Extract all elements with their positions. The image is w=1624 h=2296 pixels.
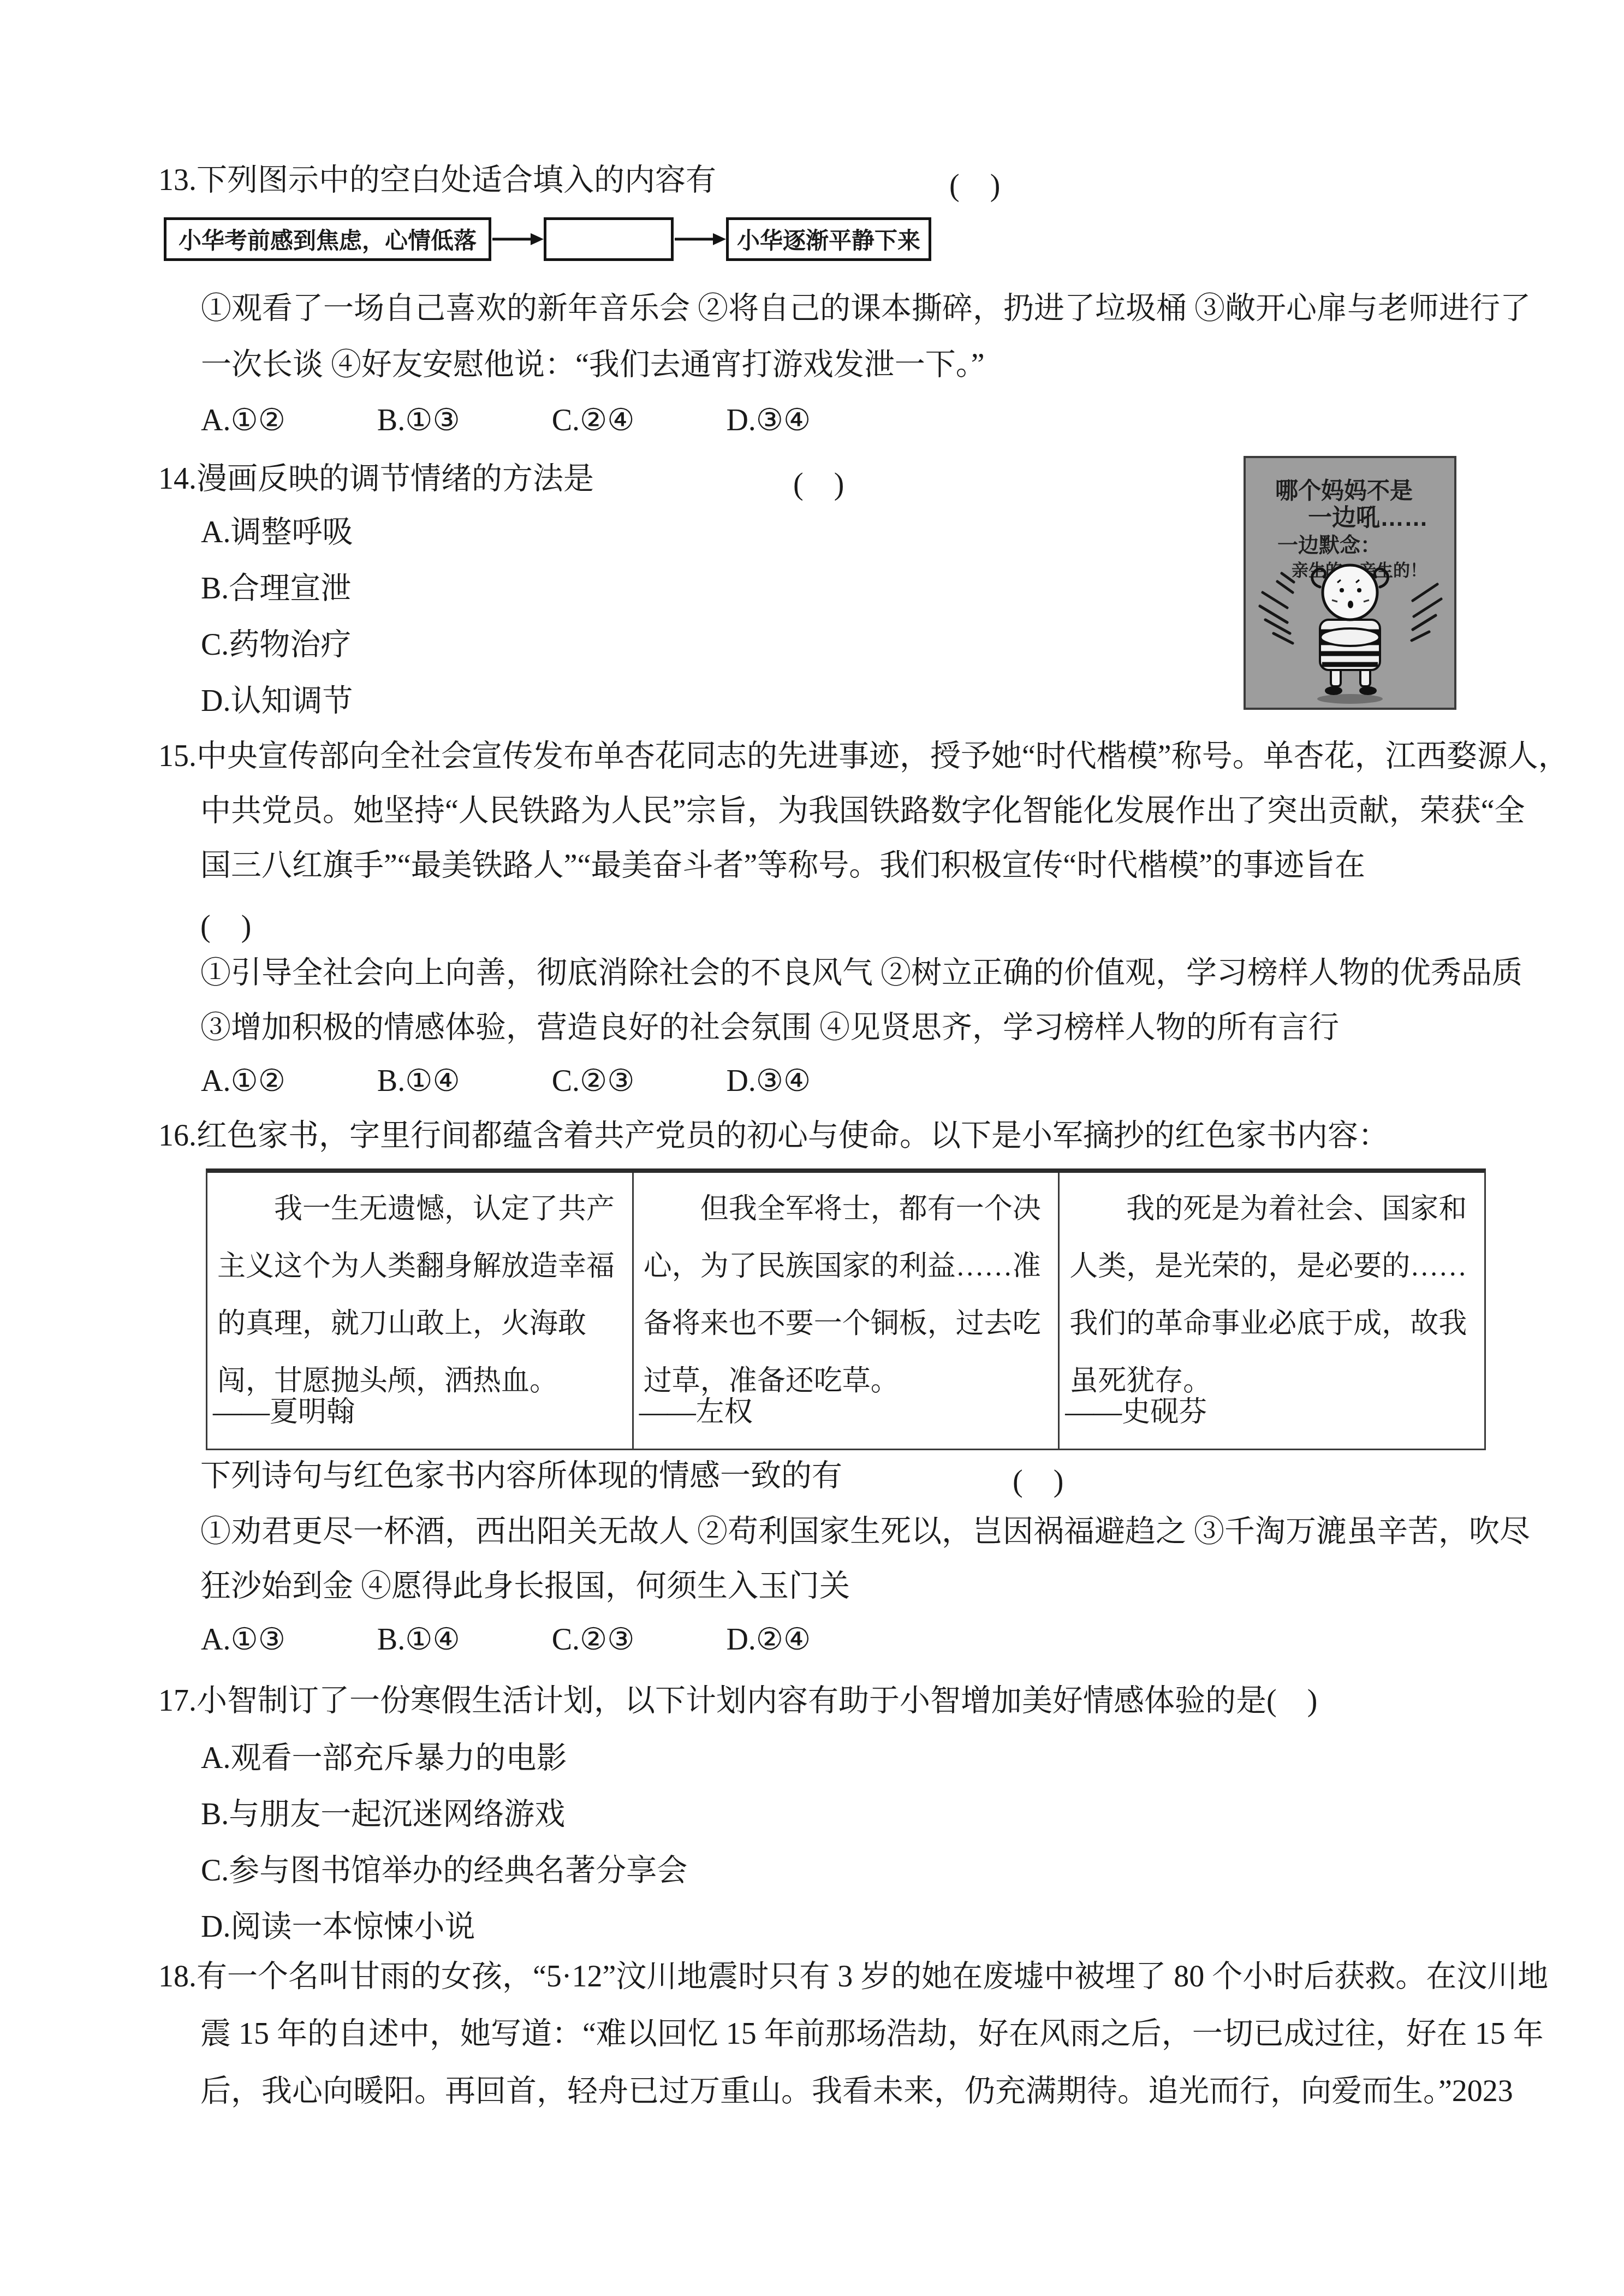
q16-option-b: B.①④ — [377, 1622, 460, 1657]
table-cell-2: 但我全军将士，都有一个决心，为了民族国家的利益……准备将来也不要一个铜板，过去吃… — [632, 1173, 1058, 1449]
comic-caption-line-2: 一边吼…… — [1308, 505, 1428, 531]
question-14-stem: 14.漫画反映的调节情绪的方法是 — [158, 460, 594, 498]
question-18-line-3: 后，我心向暖阳。再回首，轻舟已过万重山。我看未来，仍充满期待。追光而行，向爱而生… — [200, 2072, 1513, 2110]
question-15-line-3: 国三八红旗手”“最美铁路人”“最美奋斗者”等称号。我们积极宣传“时代楷模”的事迹… — [200, 846, 1365, 885]
comic-caption-line-3: 一边默念： — [1277, 534, 1381, 557]
q17-option-b: B.与朋友一起沉迷网络游戏 — [201, 1795, 565, 1834]
flow-box-blank — [544, 217, 674, 261]
q15-option-c: C.②③ — [552, 1063, 635, 1099]
q13-items-line-1: ①观看了一场自己喜欢的新年音乐会 ②将自己的课本撕碎，扔进了垃圾桶 ③敞开心扉与… — [201, 289, 1531, 328]
q15-option-b: B.①④ — [377, 1063, 460, 1099]
question-13-stem: 13.下列图示中的空白处适合填入的内容有 — [158, 161, 716, 199]
q16-options: A.①③ B.①④ C.②③ D.②④ — [201, 1622, 811, 1657]
q16-items-line-1: ①劝君更尽一杯酒，西出阳关无故人 ②苟利国家生死以，岂因祸福避趋之 ③千淘万漉虽… — [200, 1512, 1530, 1551]
question-13-answer-blank: ( ) — [949, 161, 1000, 205]
q13-option-c: C.②④ — [552, 402, 635, 438]
q16-option-d: D.②④ — [726, 1622, 811, 1657]
question-18-line-2: 震 15 年的自述中，她写道：“难以回忆 15 年前那场浩劫，好在风雨之后，一切… — [200, 2015, 1544, 2053]
flow-box-end: 小华逐渐平静下来 — [726, 217, 931, 261]
comic-caption-line-1: 哪个妈妈不是 — [1275, 478, 1413, 503]
q16-option-a: A.①③ — [201, 1622, 285, 1657]
q16-items-line-2: 狂沙始到金 ④愿得此身长报国，何须生入玉门关 — [200, 1567, 850, 1605]
letter-text: 我的死是为着社会、国家和人类，是光荣的，是必要的……我们的革命事业必底于成，故我… — [1069, 1180, 1474, 1410]
flow-box-start: 小华考前感到焦虑，心情低落 — [164, 217, 491, 261]
q15-options: A.①② B.①④ C.②③ D.③④ — [201, 1063, 811, 1099]
question-15-answer-blank: ( ) — [200, 902, 251, 946]
q14-option-c: C.药物治疗 — [201, 626, 351, 664]
q14-option-b: B.合理宣泄 — [201, 569, 351, 608]
letter-text: 但我全军将士，都有一个决心，为了民族国家的利益……准备将来也不要一个铜板，过去吃… — [644, 1180, 1049, 1410]
q13-option-b: B.①③ — [377, 402, 460, 438]
letter-author: ——左权 — [639, 1384, 753, 1441]
question-18-line-1: 18.有一个名叫甘雨的女孩，“5·12”汶川地震时只有 3 岁的她在废墟中被埋了… — [158, 1957, 1548, 1996]
question-14-answer-blank: ( ) — [793, 460, 844, 503]
letter-text: 我一生无遗憾，认定了共产主义这个为人类翻身解放造幸福的真理，就刀山敢上，火海敢闯… — [217, 1180, 622, 1410]
q13-items-line-2: 一次长谈 ④好友安慰他说：“我们去通宵打游戏发泄一下。” — [201, 346, 985, 384]
q15-items-line-1: ①引导全社会向上向善，彻底消除社会的不良风气 ②树立正确的价值观，学习榜样人物的… — [200, 954, 1522, 992]
q17-option-c: C.参与图书馆举办的经典名著分享会 — [201, 1852, 687, 1890]
letter-author: ——夏明翰 — [213, 1384, 355, 1441]
q15-option-d: D.③④ — [726, 1063, 811, 1099]
q17-option-a: A.观看一部充斥暴力的电影 — [201, 1739, 567, 1777]
q17-option-d: D.阅读一本惊悚小说 — [201, 1908, 475, 1946]
question-17-stem: 17.小智制订了一份寒假生活计划，以下计划内容有助于小智增加美好情感体验的是( … — [158, 1682, 1317, 1720]
comic-illustration: 哪个妈妈不是 一边吼…… 一边默念： 亲生的、亲生的！ — [1244, 456, 1456, 710]
red-letters-table: 我一生无遗憾，认定了共产主义这个为人类翻身解放造幸福的真理，就刀山敢上，火海敢闯… — [206, 1168, 1486, 1450]
question-16-stem: 16.红色家书，字里行间都蕴含着共产党员的初心与使命。以下是小军摘抄的红色家书内… — [158, 1117, 1389, 1155]
q16-sub-stem: 下列诗句与红色家书内容所体现的情感一致的有 — [200, 1457, 842, 1495]
q13-option-a: A.①② — [201, 402, 285, 438]
table-cell-1: 我一生无遗憾，认定了共产主义这个为人类翻身解放造幸福的真理，就刀山敢上，火海敢闯… — [207, 1173, 632, 1449]
q13-option-d: D.③④ — [726, 402, 811, 438]
question-16-answer-blank: ( ) — [1013, 1457, 1063, 1500]
arrow-right-icon — [674, 217, 726, 261]
q14-option-d: D.认知调节 — [201, 682, 353, 720]
arrow-right-icon — [491, 217, 544, 261]
exam-page: 13.下列图示中的空白处适合填入的内容有 ( ) 小华考前感到焦虑，心情低落 小… — [0, 0, 1624, 2296]
letter-author: ——史砚芬 — [1065, 1384, 1207, 1441]
q15-items-line-2: ③增加积极的情感体验，营造良好的社会氛围 ④见贤思齐，学习榜样人物的所有言行 — [200, 1008, 1339, 1047]
comic-panel: 哪个妈妈不是 一边吼…… 一边默念： 亲生的、亲生的！ — [1244, 456, 1456, 710]
q16-option-c: C.②③ — [552, 1622, 635, 1657]
question-15-line-2: 中共党员。她坚持“人民铁路为人民”宗旨，为我国铁路数字化智能化发展作出了突出贡献… — [200, 792, 1525, 830]
q13-flowchart: 小华考前感到焦虑，心情低落 小华逐渐平静下来 — [164, 217, 931, 261]
table-cell-3: 我的死是为着社会、国家和人类，是光荣的，是必要的……我们的革命事业必底于成，故我… — [1058, 1173, 1484, 1449]
q15-option-a: A.①② — [201, 1063, 285, 1099]
q13-options: A.①② B.①③ C.②④ D.③④ — [201, 402, 811, 438]
question-15-line-1: 15.中央宣传部向全社会宣传发布单杏花同志的先进事迹，授予她“时代楷模”称号。单… — [158, 737, 1569, 775]
q14-option-a: A.调整呼吸 — [201, 513, 353, 551]
